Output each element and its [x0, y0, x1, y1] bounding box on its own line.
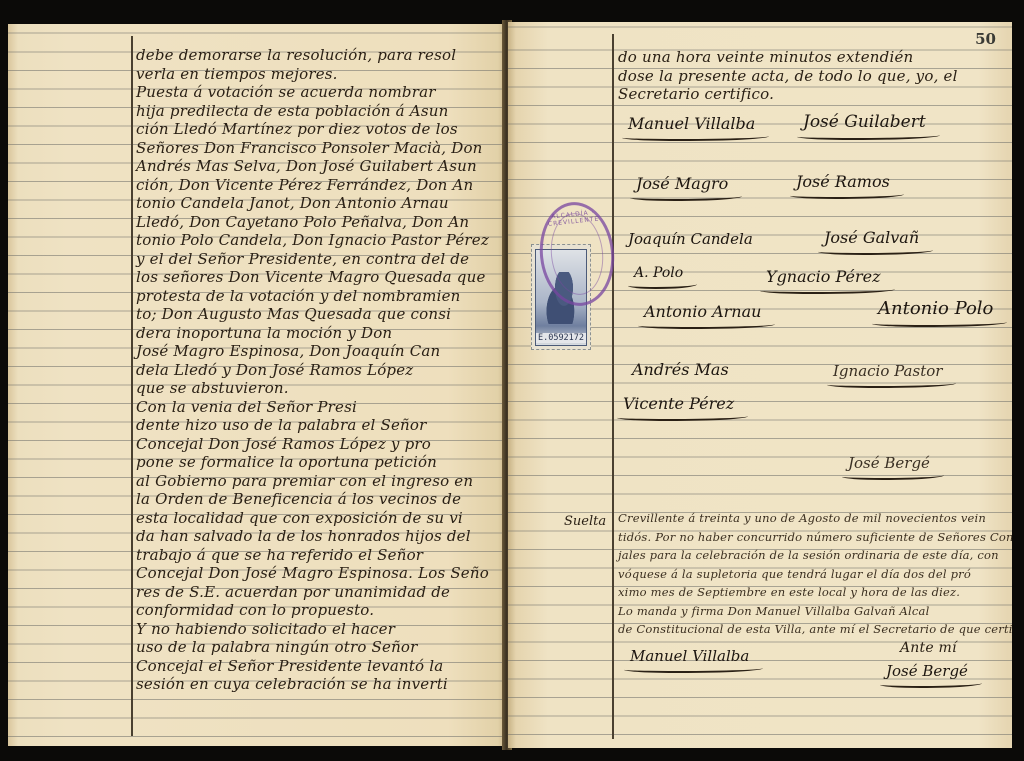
- handwritten-line: da han salvado la de los honrados hijos …: [136, 527, 471, 546]
- handwritten-line: to; Don Augusto Mas Quesada que consi: [136, 305, 451, 324]
- handwritten-line: Lledó, Don Cayetano Polo Peñalva, Don An: [136, 213, 469, 232]
- handwritten-line: tonio Polo Candela, Don Ignacio Pastor P…: [136, 231, 489, 250]
- signature: José Bergé: [848, 454, 930, 472]
- signature: Antonio Arnau: [644, 302, 761, 321]
- handwritten-line: do una hora veinte minutos extendién: [618, 48, 913, 67]
- margin-line: [612, 34, 614, 739]
- handwritten-line: Concejal Don José Ramos López y pro: [136, 435, 431, 454]
- handwritten-line: tonio Candela Janot, Don Antonio Arnau: [136, 194, 449, 213]
- mayor-signature: Manuel Villalba: [630, 647, 749, 665]
- handwritten-line: ción Lledó Martínez por diez votos de lo…: [136, 120, 458, 139]
- handwritten-line: dente hizo uso de la palabra el Señor: [136, 416, 427, 435]
- signature: José Magro: [636, 174, 728, 193]
- margin-line: [131, 36, 133, 736]
- signature: Ygnacio Pérez: [766, 267, 881, 286]
- left-page: debe demorarse la resolución, para resol…: [8, 24, 506, 746]
- handwritten-line: pone se formalice la oportuna petición: [136, 453, 437, 472]
- marginal-note: Suelta: [564, 514, 606, 529]
- signature: José Ramos: [796, 172, 890, 191]
- right-page: 50 do una hora veinte minutos extendiénd…: [508, 22, 1012, 748]
- signature: Manuel Villalba: [628, 114, 755, 133]
- signature: Ignacio Pastor: [833, 362, 942, 380]
- handwritten-line: ximo mes de Septiembre en este local y h…: [618, 583, 960, 602]
- signature: Vicente Pérez: [623, 394, 734, 413]
- handwritten-line: sesión en cuya celebración se ha inverti: [136, 675, 448, 694]
- stamp-serial: E.0592172: [536, 333, 586, 343]
- handwritten-line: res de S.E. acuerdan por unanimidad de: [136, 583, 450, 602]
- handwritten-line: Puesta á votación se acuerda nombrar: [136, 83, 436, 102]
- handwritten-line: hija predilecta de esta población á Asun: [136, 102, 448, 121]
- handwritten-line: Señores Don Francisco Ponsoler Macià, Do…: [136, 139, 483, 158]
- handwritten-line: los señores Don Vicente Magro Quesada qu…: [136, 268, 486, 287]
- signature: A. Polo: [634, 265, 683, 281]
- handwritten-line: verla en tiempos mejores.: [136, 65, 338, 84]
- handwritten-line: dose la presente acta, de todo lo que, y…: [618, 67, 958, 86]
- handwritten-line: Concejal el Señor Presidente levantó la: [136, 657, 443, 676]
- signature: Antonio Polo: [878, 298, 993, 319]
- handwritten-line: Concejal Don José Magro Espinosa. Los Se…: [136, 564, 489, 583]
- handwritten-line: la Orden de Beneficencia á los vecinos d…: [136, 490, 461, 509]
- signature: Andrés Mas: [632, 360, 729, 379]
- handwritten-line: Crevillente á treinta y uno de Agosto de…: [618, 509, 986, 528]
- handwritten-line: protesta de la votación y del nombramien: [136, 287, 461, 306]
- handwritten-line: Secretario certifico.: [618, 85, 774, 104]
- handwritten-line: Y no habiendo solicitado el hacer: [136, 620, 395, 639]
- handwritten-line: trabajo á que se ha referido el Señor: [136, 546, 423, 565]
- secretary-signature: José Bergé: [886, 662, 968, 680]
- handwritten-line: José Magro Espinosa, Don Joaquín Can: [136, 342, 440, 361]
- handwritten-line: debe demorarse la resolución, para resol: [136, 46, 456, 65]
- handwritten-line: y el del Señor Presidente, en contra del…: [136, 250, 469, 269]
- handwritten-line: Con la venia del Señor Presi: [136, 398, 357, 417]
- handwritten-line: vóquese á la supletoria que tendrá lugar…: [618, 565, 971, 584]
- handwritten-line: que se abstuvieron.: [136, 379, 289, 398]
- handwritten-line: Andrés Mas Selva, Don José Guilabert Asu…: [136, 157, 477, 176]
- handwritten-line: dera inoportuna la moción y Don: [136, 324, 392, 343]
- signature: Joaquín Candela: [628, 230, 753, 248]
- handwritten-line: esta localidad que con exposición de su …: [136, 509, 463, 528]
- handwritten-line: de Constitucional de esta Villa, ante mí…: [618, 620, 1012, 639]
- handwritten-line: jales para la celebración de la sesión o…: [618, 546, 999, 565]
- handwritten-line: uso de la palabra ningún otro Señor: [136, 638, 418, 657]
- scanned-ledger: debe demorarse la resolución, para resol…: [0, 0, 1024, 761]
- signature: José Guilabert: [803, 112, 926, 132]
- handwritten-line: Lo manda y firma Don Manuel Villalba Gal…: [618, 602, 929, 621]
- handwritten-line: dela Lledó y Don José Ramos López: [136, 361, 413, 380]
- page-number: 50: [975, 30, 996, 48]
- ante-mi-label: Ante mí: [900, 639, 957, 658]
- handwritten-line: ción, Don Vicente Pérez Ferrández, Don A…: [136, 176, 473, 195]
- handwritten-line: conformidad con lo propuesto.: [136, 601, 374, 620]
- signature: José Galvañ: [824, 228, 919, 247]
- handwritten-line: tidós. Por no haber concurrido número su…: [618, 528, 1012, 547]
- handwritten-line: al Gobierno para premiar con el ingreso …: [136, 472, 473, 491]
